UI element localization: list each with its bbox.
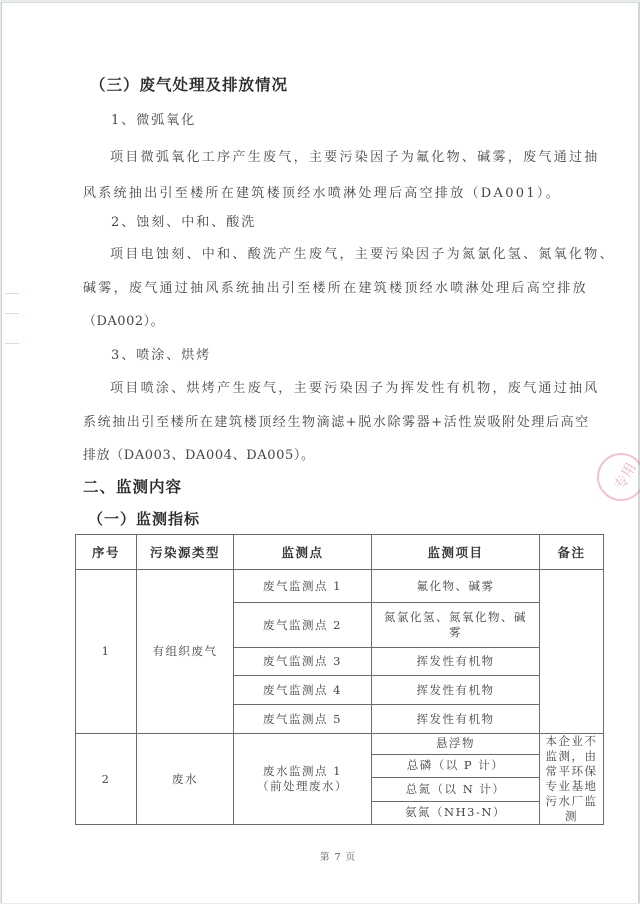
cell-remarks — [540, 570, 604, 734]
cell-monitoring-items: 氟化物、碱雾 — [372, 570, 540, 603]
monitoring-indicators-table: 序号 污染源类型 监测点 监测项目 备注 1 有组织废气 废气监测点 1 氟化物… — [75, 534, 604, 825]
edge-mark — [5, 313, 19, 314]
cell-monitoring-point: 废气监测点 5 — [234, 705, 372, 734]
chapter-heading-monitoring-content: 二、监测内容 — [83, 475, 182, 497]
header-monitoring-point: 监测点 — [234, 535, 372, 570]
table-header-row: 序号 污染源类型 监测点 监测项目 备注 — [76, 535, 604, 570]
wastewater-point-sublabel: （前处理废水） — [236, 779, 369, 794]
header-remarks: 备注 — [540, 535, 604, 570]
cell-seq: 2 — [76, 734, 137, 825]
item-3-line-3: 排放（DA003、DA004、DA005）。 — [83, 444, 315, 463]
cell-monitoring-point: 废气监测点 3 — [234, 648, 372, 676]
stamp-text: 专用 — [609, 459, 640, 493]
edge-mark — [5, 293, 19, 294]
item-1-line-2: 风系统抽出引至楼所在建筑楼顶经水喷淋处理后高空排放（DA001）。 — [83, 182, 561, 201]
cell-monitoring-items: 挥发性有机物 — [372, 705, 540, 734]
cell-monitoring-point: 废气监测点 4 — [234, 676, 372, 705]
cell-monitoring-point: 废气监测点 1 — [234, 570, 372, 603]
edge-mark — [5, 343, 19, 344]
item-2-line-1: 项目电蚀刻、中和、酸洗产生废气，主要污染因子为氮氯化氢、氮氧化物、 — [110, 243, 615, 262]
header-monitoring-items: 监测项目 — [372, 535, 540, 570]
subsection-heading-monitoring-indicators: （一）监测指标 — [88, 508, 200, 529]
section-heading-waste-gas-treatment: （三）废气处理及排放情况 — [90, 73, 288, 95]
cell-monitoring-items: 总氮（以 N 计） — [372, 777, 540, 801]
table-row: 2 废水 废水监测点 1 （前处理废水） 悬浮物 本企业不监测，由常平环保专业基… — [76, 734, 604, 755]
cell-monitoring-items: 挥发性有机物 — [372, 648, 540, 676]
item-3-line-2: 系统抽出引至楼所在建筑楼顶经生物滴滤+脱水除雾器+活性炭吸附处理后高空 — [83, 411, 590, 430]
header-source-type: 污染源类型 — [137, 535, 234, 570]
wastewater-point-label: 废水监测点 1 — [236, 764, 369, 779]
cell-monitoring-items: 总磷（以 P 计） — [372, 754, 540, 777]
item-1-line-1: 项目微弧氧化工序产生废气，主要污染因子为氟化物、碱雾，废气通过抽 — [110, 146, 600, 165]
cell-monitoring-items: 氮氯化氢、氮氧化物、碱雾 — [372, 603, 540, 648]
item-title-1: 1、微弧氧化 — [111, 109, 196, 128]
cell-monitoring-items: 悬浮物 — [372, 734, 540, 755]
official-seal-stamp-icon: 专用 — [597, 453, 640, 501]
cell-monitoring-items: 挥发性有机物 — [372, 676, 540, 705]
document-page: （三）废气处理及排放情况 1、微弧氧化 项目微弧氧化工序产生废气，主要污染因子为… — [1, 2, 640, 903]
item-2-line-3: （DA002）。 — [83, 310, 164, 329]
cell-monitoring-point: 废水监测点 1 （前处理废水） — [234, 734, 372, 825]
table-row: 1 有组织废气 废气监测点 1 氟化物、碱雾 — [76, 570, 604, 603]
item-2-line-2: 碱雾，废气通过抽风系统抽出引至楼所在建筑楼顶经水喷淋处理后高空排放 — [83, 277, 588, 296]
cell-source-type: 废水 — [137, 734, 234, 825]
item-3-line-1: 项目喷涂、烘烤产生废气，主要污染因子为挥发性有机物，废气通过抽风 — [110, 377, 600, 396]
cell-source-type: 有组织废气 — [137, 570, 234, 734]
cell-monitoring-point: 废气监测点 2 — [234, 603, 372, 648]
cell-monitoring-items: 氨氮（NH3-N） — [372, 801, 540, 824]
header-seq: 序号 — [76, 535, 137, 570]
page-number: 第 7 页 — [320, 849, 356, 863]
item-title-3: 3、喷涂、烘烤 — [111, 344, 211, 363]
cell-remarks: 本企业不监测，由常平环保专业基地污水厂监测 — [540, 734, 604, 825]
cell-seq: 1 — [76, 570, 137, 734]
item-title-2: 2、蚀刻、中和、酸洗 — [111, 211, 256, 230]
